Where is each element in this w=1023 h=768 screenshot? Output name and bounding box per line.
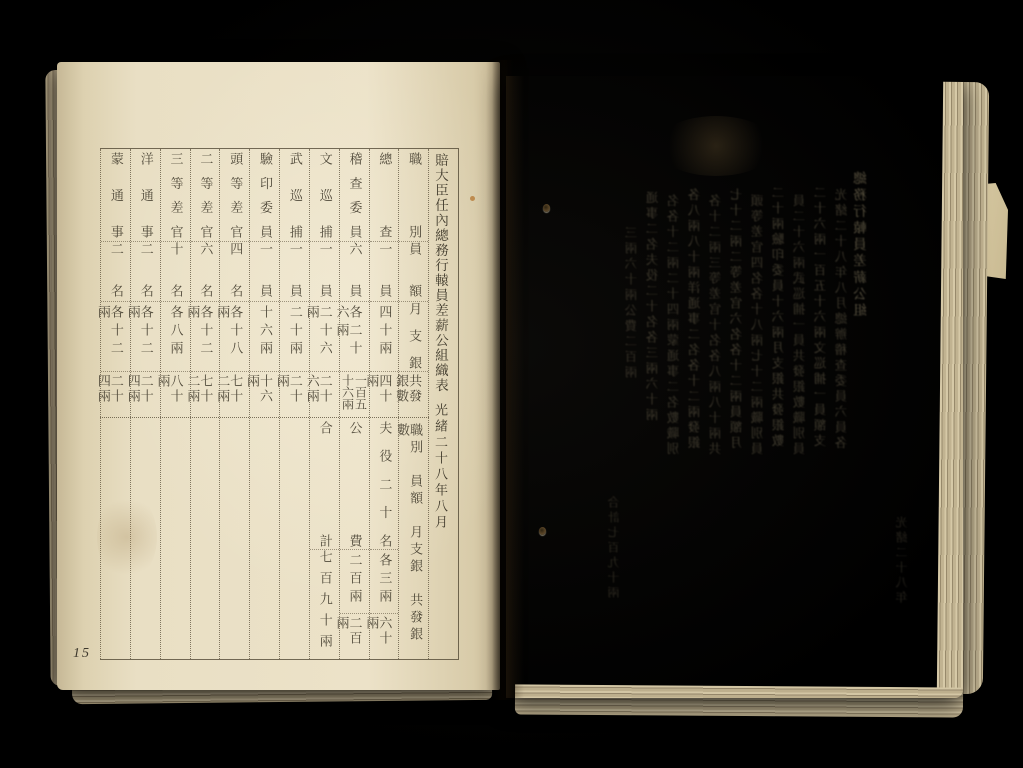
- bleedthrough-text-column: 七十二兩二等差官六名各十二兩員額月: [728, 188, 746, 646]
- cell-cont-total: 七百九十兩: [310, 549, 339, 655]
- cell-total: 二十四兩: [131, 371, 160, 417]
- right-page: 總務行轅員差薪公組光緒二十八年八月總辦稽查委員六員各二十六兩一百五十六兩文巡捕一…: [506, 76, 963, 698]
- table-band-divider: [100, 417, 429, 418]
- bleedthrough-text-column: 三兩六十兩公費二百兩: [623, 226, 641, 466]
- bleedthrough-text-column: 員二十六兩武巡捕一員共發銀數職別員: [791, 194, 809, 639]
- cell-monthly: 各八兩: [161, 301, 190, 369]
- header-cell-count: 員額: [399, 241, 428, 297]
- cell-total: 八十兩: [161, 371, 190, 417]
- cell-count: 六名: [191, 241, 220, 297]
- cell-role: 二等差官: [191, 152, 220, 238]
- bleedthrough-text-column: 合計七百九十兩: [605, 496, 622, 646]
- cell-monthly: 各十二兩: [101, 301, 130, 369]
- cell-role: 稽查委員: [340, 152, 369, 238]
- cell-total: 四十兩: [370, 371, 399, 417]
- cell-cont-role: 合計: [310, 421, 339, 547]
- left-page: 賠大臣任內總務行轅員差薪公組織表光緒二十八年八月職別員額月支銀共發銀數職別 員額…: [57, 62, 500, 690]
- header-cell-monthly: 月支銀: [399, 301, 428, 369]
- table-title-block: 賠大臣任內總務行轅員差薪公組織表光緒二十八年八月: [429, 153, 458, 659]
- cell-count: 二名: [131, 241, 160, 297]
- cell-cont-monthly: 各三兩: [370, 549, 399, 611]
- table-title: 賠大臣任內總務行轅員差薪公組織表: [433, 153, 448, 393]
- cell-cont-role: 公費: [340, 421, 369, 547]
- cell-monthly: 二十六兩: [310, 301, 339, 369]
- salary-table: 賠大臣任內總務行轅員差薪公組織表光緒二十八年八月職別員額月支銀共發銀數職別 員額…: [100, 148, 459, 660]
- table-column-title: 賠大臣任內總務行轅員差薪公組織表光緒二十八年八月: [428, 149, 458, 659]
- table-column-entry: 洋通事二名各十二兩二十四兩: [130, 149, 160, 659]
- wormhole: [543, 204, 550, 212]
- cell-cont-role: 夫役二十名: [370, 421, 399, 547]
- cell-total: 二十兩: [280, 371, 309, 417]
- cell-total: 二十四兩: [101, 371, 130, 417]
- cell-count: 一員: [280, 241, 309, 297]
- photo-black-background: 賠大臣任內總務行轅員差薪公組織表光緒二十八年八月職別員額月支銀共發銀數職別 員額…: [0, 0, 1023, 768]
- table-column-entry: 武巡捕一員二十兩二十兩: [279, 149, 309, 659]
- cell-total: 十六兩: [250, 371, 279, 417]
- table-column-header: 職別員額月支銀共發銀數職別 員額 月支銀 共發銀數: [398, 149, 428, 659]
- bleedthrough-text-column: 通事二名夫役二十名各三兩六十兩: [644, 191, 662, 521]
- cell-total: 一百五十六兩: [340, 371, 369, 420]
- cell-role: 文巡捕: [310, 152, 339, 238]
- cell-count: 四名: [220, 241, 249, 297]
- cell-count: 二名: [101, 241, 130, 297]
- cell-cont-total: 二百兩: [340, 613, 369, 657]
- bleedthrough-text-column: 二十兩驗印委員十六兩月支銀共發銀數: [770, 186, 788, 646]
- cell-role: 蒙通事: [101, 152, 130, 238]
- table-column-entry: 稽查委員六員各二十六兩一百五十六兩公費二百兩二百兩: [339, 149, 369, 659]
- cell-role: 總查: [370, 152, 399, 238]
- cell-total: 七十二兩: [191, 371, 220, 417]
- table-column-entry: 蒙通事二名各十二兩二十四兩: [100, 149, 130, 659]
- cell-count: 一員: [370, 241, 399, 297]
- table-column-entry: 文巡捕一員二十六兩二十六兩合計七百九十兩: [309, 149, 339, 659]
- table-column-entry: 二等差官六名各十二兩七十二兩: [190, 149, 220, 659]
- cell-monthly: 二十兩: [280, 301, 309, 369]
- bleedthrough-text-column: 總務行轅員差薪公組: [852, 171, 872, 371]
- cell-monthly: 各十二兩: [131, 301, 160, 369]
- cell-count: 六員: [340, 241, 369, 297]
- header-cell-role: 職別: [399, 152, 428, 238]
- bleedthrough-text-column: 頭等差官四名各十八兩七十二兩職別員: [749, 194, 767, 644]
- table-column-entry: 三等差官十名各八兩八十兩: [160, 149, 190, 659]
- cell-monthly: 各十八兩: [220, 301, 249, 369]
- stain: [97, 492, 157, 582]
- cell-count: 十名: [161, 241, 190, 297]
- foxing-spot: [470, 196, 475, 201]
- cell-total: 七十二兩: [220, 371, 249, 417]
- table-column-entry: 頭等差官四名各十八兩七十二兩: [219, 149, 249, 659]
- cell-role: 武巡捕: [280, 152, 309, 238]
- cell-role: 驗印委員: [250, 152, 279, 238]
- cell-monthly: 十六兩: [250, 301, 279, 369]
- bleedthrough-text-column: 各十二兩三等差官十名各八兩八十兩共: [707, 194, 725, 642]
- bleedthrough-text-column: 光緒二十八年八月總辦稽查委員六員各: [833, 188, 851, 628]
- stain: [656, 116, 776, 176]
- cell-count: 一員: [250, 241, 279, 297]
- cell-total: 二十六兩: [310, 371, 339, 417]
- bleedthrough-text-column: 各八兩八十兩洋通事二名各十二兩發銀: [686, 188, 704, 643]
- table-column-entry: 總查一員四十兩四十兩夫役二十名各三兩六十兩: [369, 149, 399, 659]
- bleedthrough-text-column: 光緒二十八年: [893, 516, 910, 646]
- bleedthrough-text-column: 二十六兩一百五十六兩文巡捕一員額支: [812, 186, 830, 641]
- cell-role: 頭等差官: [220, 152, 249, 238]
- wormhole: [539, 527, 546, 535]
- cell-count: 一員: [310, 241, 339, 297]
- header-cell-continuation: 職別 員額 月支銀 共發銀數: [399, 421, 428, 655]
- open-book: 賠大臣任內總務行轅員差薪公組織表光緒二十八年八月職別員額月支銀共發銀數職別 員額…: [0, 0, 1023, 768]
- bleedthrough-text-column: 名各十二兩二十四兩蒙通事二名數職別: [665, 194, 683, 634]
- cell-monthly: 各十二兩: [191, 301, 220, 369]
- header-cell-total: 共發銀數: [399, 371, 428, 417]
- cell-monthly: 各二十六兩: [340, 301, 369, 369]
- cell-role: 洋通事: [131, 152, 160, 238]
- cell-cont-monthly: 二百兩: [340, 549, 369, 611]
- cell-role: 三等差官: [161, 152, 190, 238]
- cell-cont-total: 六十兩: [370, 613, 399, 657]
- page-number: 15: [73, 646, 91, 662]
- cell-monthly: 四十兩: [370, 301, 399, 369]
- table-date: 光緒二十八年八月: [433, 403, 448, 531]
- table-column-entry: 驗印委員一員十六兩十六兩: [249, 149, 279, 659]
